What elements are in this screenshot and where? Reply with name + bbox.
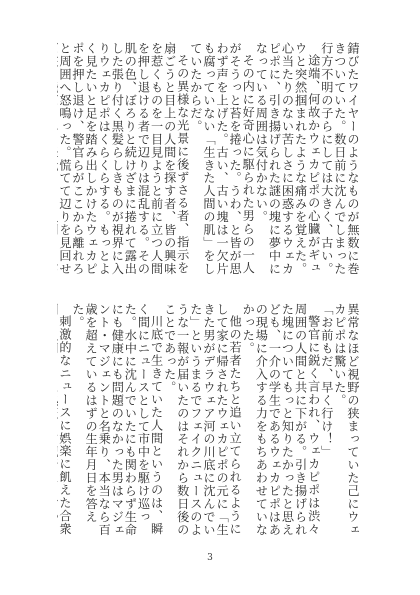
paragraph: その異様な光景に後ずさる者、指示を扇ごうと目上の人間を探す者、皆の興味を惹くもの… (57, 42, 189, 280)
dialogue-line: 「お前もだ、早く行け！」 (320, 303, 333, 541)
paragraph: その内に好奇心に駆られた男らの一人がそうっと苔を捲った。うわ、と皆が思わず声を上… (189, 42, 254, 280)
document-page: 錆びたワイヤーのようなものが無数に巻きついていた。数日前に沈んでしまった行方不明… (0, 0, 420, 595)
text-block-top: 錆びたワイヤーのようなものが無数に巻きついていた。数日前に沈んでしまった行方不明… (57, 42, 359, 280)
paragraph: 刺激的なニュースに娯楽に飢えた合衆国の人間たちは熱狂し、記者はこぞってインタビュ… (57, 303, 71, 541)
paragraph: 錆びたワイヤーのようなものが無数に巻きついていた。数日前に沈んでしまった行方不明… (320, 42, 359, 280)
paragraph: 途端、何故かウェカピポの心臓がギュウと突然掴まれたような痛みを覚えた。心当たりの… (254, 42, 319, 280)
paragraph: 異常なほど視野の狭まっていた己にウェカピポは驚いた。 (333, 303, 359, 541)
paragraph: 警官に鋭く言われ、ウェカピポは渋々周囲の人間と共に下がる。引き揚げられた塊につい… (241, 303, 320, 541)
page-number: 3 (205, 553, 215, 563)
paragraph: 他の若者たちと追い立てられるようにして家に帰されたウェカピポの元に「生きた男がデ… (163, 303, 242, 541)
paragraph: 川底で生きていた人間というのは、瞬く間にニュースとして市中を駆け巡った。水中に沈… (71, 303, 163, 541)
text-block-bottom: 異常なほど視野の狭まっていた己にウェカピポは驚いた。 「お前もだ、早く行け！」 … (57, 303, 359, 541)
